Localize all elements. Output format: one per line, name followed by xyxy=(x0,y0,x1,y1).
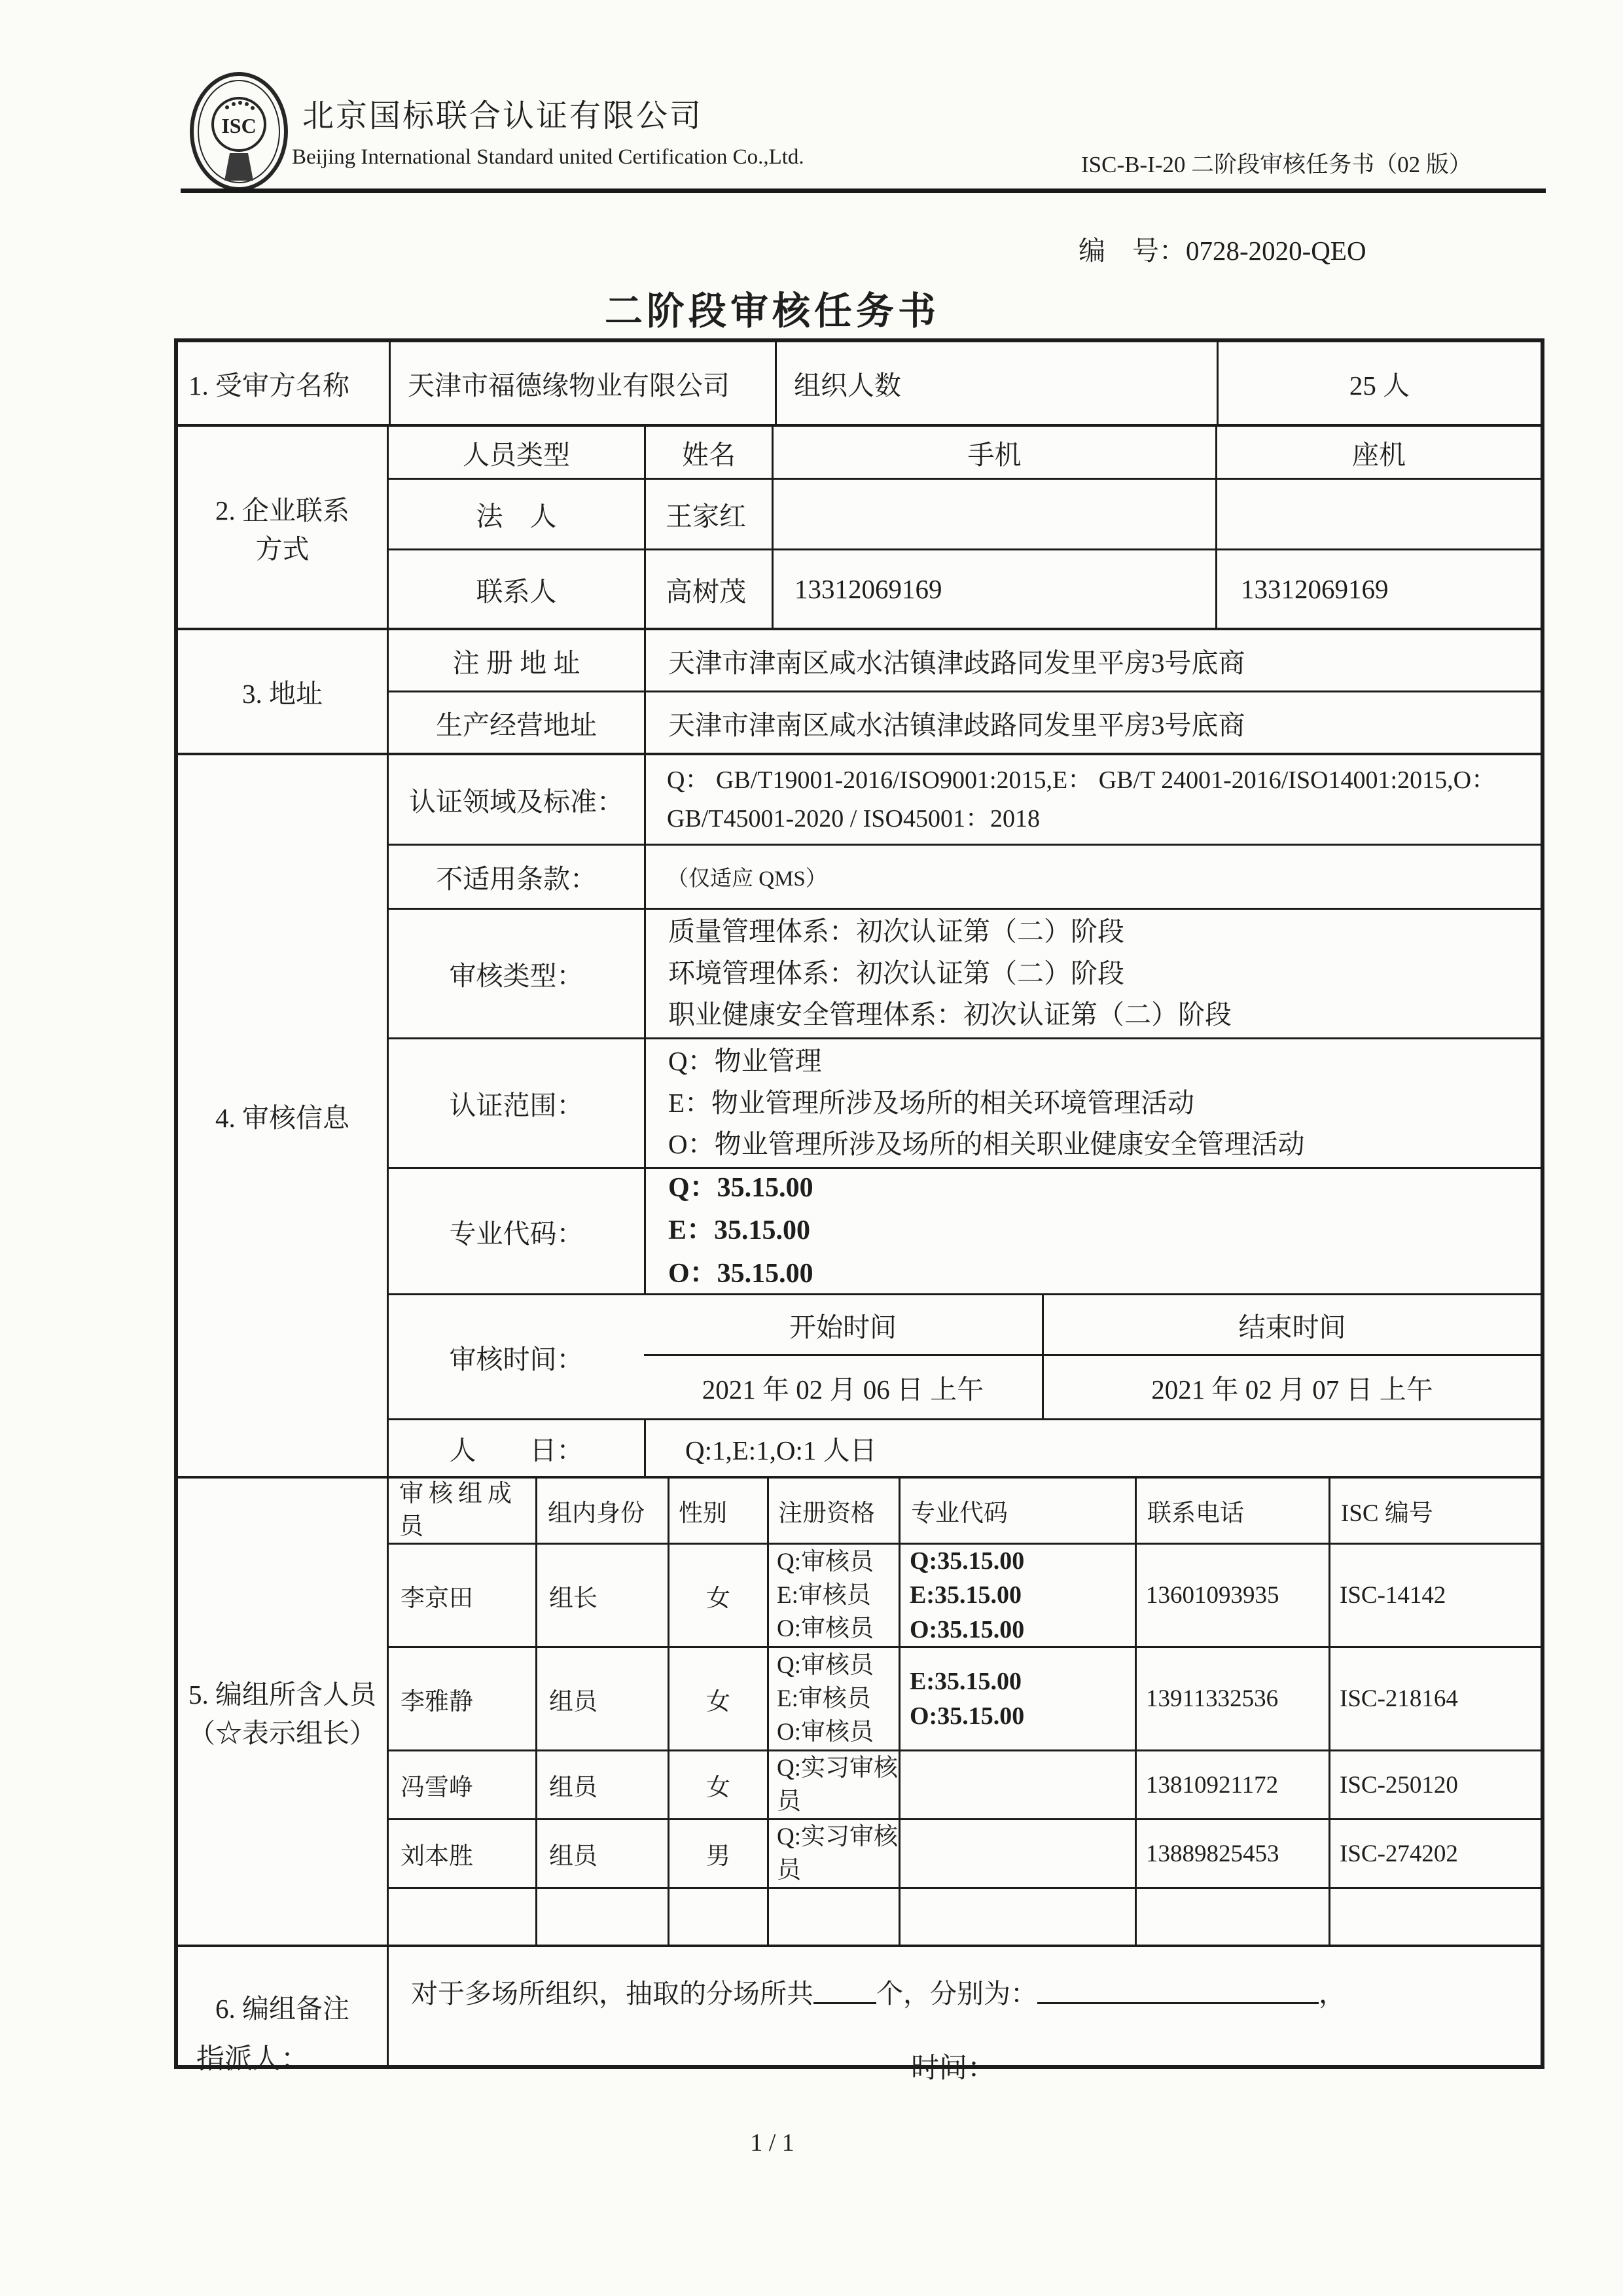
member-role: 组员 xyxy=(535,1751,668,1818)
member-role: 组员 xyxy=(535,1820,668,1887)
member-name: 冯雪峥 xyxy=(389,1751,535,1818)
contacts-label: 2. 企业联系方式 xyxy=(178,427,389,628)
operating-address-row: 生产经营地址 天津市津南区咸水沽镇津歧路同发里平房3号底商 xyxy=(389,691,1541,753)
na-clauses-value: （仅适应 QMS） xyxy=(644,846,1541,908)
man-days-row: 人 日： Q:1,E:1,O:1 人日 xyxy=(389,1418,1541,1476)
registered-address-value: 天津市津南区咸水沽镇津歧路同发里平房3号底商 xyxy=(644,630,1541,691)
contact-person-landline: 13312069169 xyxy=(1215,550,1541,628)
team-row: 李雅静 组员 女 Q:审核员 E:审核员 O:审核员 E:35.15.00 O:… xyxy=(389,1646,1541,1749)
address-label: 3. 地址 xyxy=(178,630,389,753)
cert-standard-row: 认证领域及标准： Q： GB/T19001-2016/ISO9001:2015,… xyxy=(389,755,1541,844)
team-row: 冯雪峥 组员 女 Q:实习审核员 13810921172 ISC-250120 xyxy=(389,1749,1541,1818)
member-name: 李雅静 xyxy=(389,1648,535,1749)
audit-type-key: 审核类型： xyxy=(389,910,644,1037)
contact-landline-header: 座机 xyxy=(1215,427,1541,478)
member-gender: 男 xyxy=(668,1820,767,1887)
section-audit-info: 4. 审核信息 认证领域及标准： Q： GB/T19001-2016/ISO90… xyxy=(178,753,1541,1476)
audit-info-label: 4. 审核信息 xyxy=(178,755,389,1476)
remarks-text-mid: 个，分别为： xyxy=(876,1972,1037,2011)
contact-mobile-header: 手机 xyxy=(772,427,1215,478)
isc-logo: ISC xyxy=(187,71,291,192)
member-code xyxy=(899,1820,1135,1887)
team-header-member: 审核组成员 xyxy=(389,1479,535,1543)
audit-type-value: 质量管理体系：初次认证第（二）阶段 环境管理体系：初次认证第（二）阶段 职业健康… xyxy=(644,910,1541,1037)
section-auditee: 1. 受审方名称 天津市福德缘物业有限公司 组织人数 25 人 xyxy=(178,342,1541,424)
member-code: Q:35.15.00 E:35.15.00 O:35.15.00 xyxy=(899,1545,1135,1646)
contact-type-header: 人员类型 xyxy=(389,427,644,478)
industry-code-value: Q：35.15.00 E：35.15.00 O：35.15.00 xyxy=(644,1169,1541,1293)
end-time-value: 2021 年 02 月 07 日 上午 xyxy=(1042,1356,1541,1418)
member-gender: 女 xyxy=(668,1751,767,1818)
section-remarks: 6. 编组备注 对于多场所组织，抽取的分场所共个，分别为：， xyxy=(178,1945,1541,2065)
page-title: 二阶段审核任务书 xyxy=(0,280,1544,335)
team-row: 刘本胜 组员 男 Q:实习审核员 13889825453 ISC-274202 xyxy=(389,1818,1541,1887)
member-role xyxy=(535,1889,668,1945)
cert-scope-value: Q：物业管理 E：物业管理所涉及场所的相关环境管理活动 O：物业管理所涉及场所的… xyxy=(644,1039,1541,1167)
auditee-label: 1. 受审方名称 xyxy=(178,342,389,424)
member-isc: ISC-14142 xyxy=(1329,1545,1541,1646)
logo-text: ISC xyxy=(221,114,256,137)
section-team: 5. 编组所含人员（☆表示组长） 审核组成员 组内身份 性别 注册资格 专业代码… xyxy=(178,1476,1541,1945)
cert-standard-value: Q： GB/T19001-2016/ISO9001:2015,E： GB/T 2… xyxy=(644,755,1541,844)
team-header-role: 组内身份 xyxy=(535,1479,668,1543)
audit-task-table: 1. 受审方名称 天津市福德缘物业有限公司 组织人数 25 人 2. 企业联系方… xyxy=(174,338,1544,2069)
member-phone: 13810921172 xyxy=(1135,1751,1329,1818)
remarks-text-prefix: 对于多场所组织，抽取的分场所共 xyxy=(411,1972,813,2011)
member-code xyxy=(899,1889,1135,1945)
member-qualification: Q:审核员 E:审核员 O:审核员 xyxy=(767,1648,899,1749)
legal-person-name: 王家红 xyxy=(644,480,772,548)
registered-address-key: 注 册 地 址 xyxy=(389,630,644,691)
doc-number: 编 号：0728-2020-QEO xyxy=(1079,229,1366,268)
member-phone: 13601093935 xyxy=(1135,1545,1329,1646)
audit-type-row: 审核类型： 质量管理体系：初次认证第（二）阶段 环境管理体系：初次认证第（二）阶… xyxy=(389,908,1541,1037)
cert-scope-key: 认证范围： xyxy=(389,1039,644,1167)
time-label: 时间： xyxy=(911,2046,995,2086)
team-header-row: 审核组成员 组内身份 性别 注册资格 专业代码 联系电话 ISC 编号 xyxy=(389,1479,1541,1543)
contacts-header-row: 人员类型 姓名 手机 座机 xyxy=(389,427,1541,478)
section-address: 3. 地址 注 册 地 址 天津市津南区咸水沽镇津歧路同发里平房3号底商 生产经… xyxy=(178,628,1541,753)
document-page: ISC 北京国标联合认证有限公司 Beijing International S… xyxy=(0,0,1623,2296)
member-qualification xyxy=(767,1889,899,1945)
contact-person-name: 高树茂 xyxy=(644,550,772,628)
member-phone: 13889825453 xyxy=(1135,1820,1329,1887)
member-qualification: Q:实习审核员 xyxy=(767,1820,899,1887)
man-days-value: Q:1,E:1,O:1 人日 xyxy=(644,1420,1541,1476)
legal-person-landline xyxy=(1215,480,1541,548)
team-header-phone: 联系电话 xyxy=(1135,1479,1329,1543)
page-number: 1 / 1 xyxy=(0,2128,1544,2157)
legal-person-mobile xyxy=(772,480,1215,548)
member-name: 刘本胜 xyxy=(389,1820,535,1887)
org-name-cn: 北京国标联合认证有限公司 xyxy=(302,90,703,135)
contact-name-header: 姓名 xyxy=(644,427,772,478)
contact-person-type: 联系人 xyxy=(389,550,644,628)
member-isc: ISC-218164 xyxy=(1329,1648,1541,1749)
member-name: 李京田 xyxy=(389,1545,535,1646)
cert-standard-key: 认证领域及标准： xyxy=(389,755,644,844)
audit-time-row: 审核时间： 开始时间 结束时间 2021 年 02 月 06 日 上午 2021… xyxy=(389,1293,1541,1418)
org-size-label: 组织人数 xyxy=(775,342,1217,424)
member-role: 组长 xyxy=(535,1545,668,1646)
operating-address-value: 天津市津南区咸水沽镇津歧路同发里平房3号底商 xyxy=(644,692,1541,753)
audit-time-key: 审核时间： xyxy=(389,1295,644,1418)
member-gender: 女 xyxy=(668,1648,767,1749)
start-time-value: 2021 年 02 月 06 日 上午 xyxy=(644,1356,1042,1418)
member-isc: ISC-274202 xyxy=(1329,1820,1541,1887)
member-code: E:35.15.00 O:35.15.00 xyxy=(899,1648,1135,1749)
team-row-empty xyxy=(389,1887,1541,1945)
team-header-qualification: 注册资格 xyxy=(767,1479,899,1543)
member-gender xyxy=(668,1889,767,1945)
operating-address-key: 生产经营地址 xyxy=(389,692,644,753)
org-name-en: Beijing International Standard united Ce… xyxy=(292,145,804,170)
industry-code-key: 专业代码： xyxy=(389,1169,644,1293)
member-qualification: Q:审核员 E:审核员 O:审核员 xyxy=(767,1545,899,1646)
auditee-name-value: 天津市福德缘物业有限公司 xyxy=(389,342,775,424)
legal-person-row: 法 人 王家红 xyxy=(389,478,1541,548)
registered-address-row: 注 册 地 址 天津市津南区咸水沽镇津歧路同发里平房3号底商 xyxy=(389,630,1541,691)
team-label: 5. 编组所含人员（☆表示组长） xyxy=(178,1479,389,1945)
audit-time-header-row: 开始时间 结束时间 xyxy=(644,1295,1541,1354)
audit-time-value-row: 2021 年 02 月 06 日 上午 2021 年 02 月 07 日 上午 xyxy=(644,1354,1541,1418)
team-header-code: 专业代码 xyxy=(899,1479,1135,1543)
member-code xyxy=(899,1751,1135,1818)
member-isc xyxy=(1329,1889,1541,1945)
na-clauses-row: 不适用条款： （仅适应 QMS） xyxy=(389,844,1541,908)
member-role: 组员 xyxy=(535,1648,668,1749)
end-time-header: 结束时间 xyxy=(1042,1295,1541,1354)
doc-form-code: ISC-B-I-20 二阶段审核任务书（02 版） xyxy=(1081,147,1472,179)
contact-person-mobile: 13312069169 xyxy=(772,550,1215,628)
section-contacts: 2. 企业联系方式 人员类型 姓名 手机 座机 法 人 王家红 联系人 高树茂 xyxy=(178,424,1541,628)
na-clauses-key: 不适用条款： xyxy=(389,846,644,908)
member-phone xyxy=(1135,1889,1329,1945)
contact-person-row: 联系人 高树茂 13312069169 13312069169 xyxy=(389,548,1541,628)
industry-code-row: 专业代码： Q：35.15.00 E：35.15.00 O：35.15.00 xyxy=(389,1167,1541,1293)
start-time-header: 开始时间 xyxy=(644,1295,1042,1354)
member-phone: 13911332536 xyxy=(1135,1648,1329,1749)
logo-pedestal xyxy=(224,153,253,181)
header-divider xyxy=(181,188,1546,193)
remarks-blank-sites xyxy=(1037,1972,1319,2004)
org-size-value: 25 人 xyxy=(1217,342,1541,424)
member-gender: 女 xyxy=(668,1545,767,1646)
member-name xyxy=(389,1889,535,1945)
member-isc: ISC-250120 xyxy=(1329,1751,1541,1818)
assigner-label: 指派人： xyxy=(196,2037,309,2077)
team-row: 李京田 组长 女 Q:审核员 E:审核员 O:审核员 Q:35.15.00 E:… xyxy=(389,1543,1541,1646)
man-days-key: 人 日： xyxy=(389,1420,644,1476)
remarks-blank-count xyxy=(813,1972,876,2004)
member-qualification: Q:实习审核员 xyxy=(767,1751,899,1818)
team-header-isc: ISC 编号 xyxy=(1329,1479,1541,1543)
remarks-text-suffix: ， xyxy=(1319,1972,1346,2011)
team-header-gender: 性别 xyxy=(668,1479,767,1543)
legal-person-type: 法 人 xyxy=(389,480,644,548)
cert-scope-row: 认证范围： Q：物业管理 E：物业管理所涉及场所的相关环境管理活动 O：物业管理… xyxy=(389,1037,1541,1167)
